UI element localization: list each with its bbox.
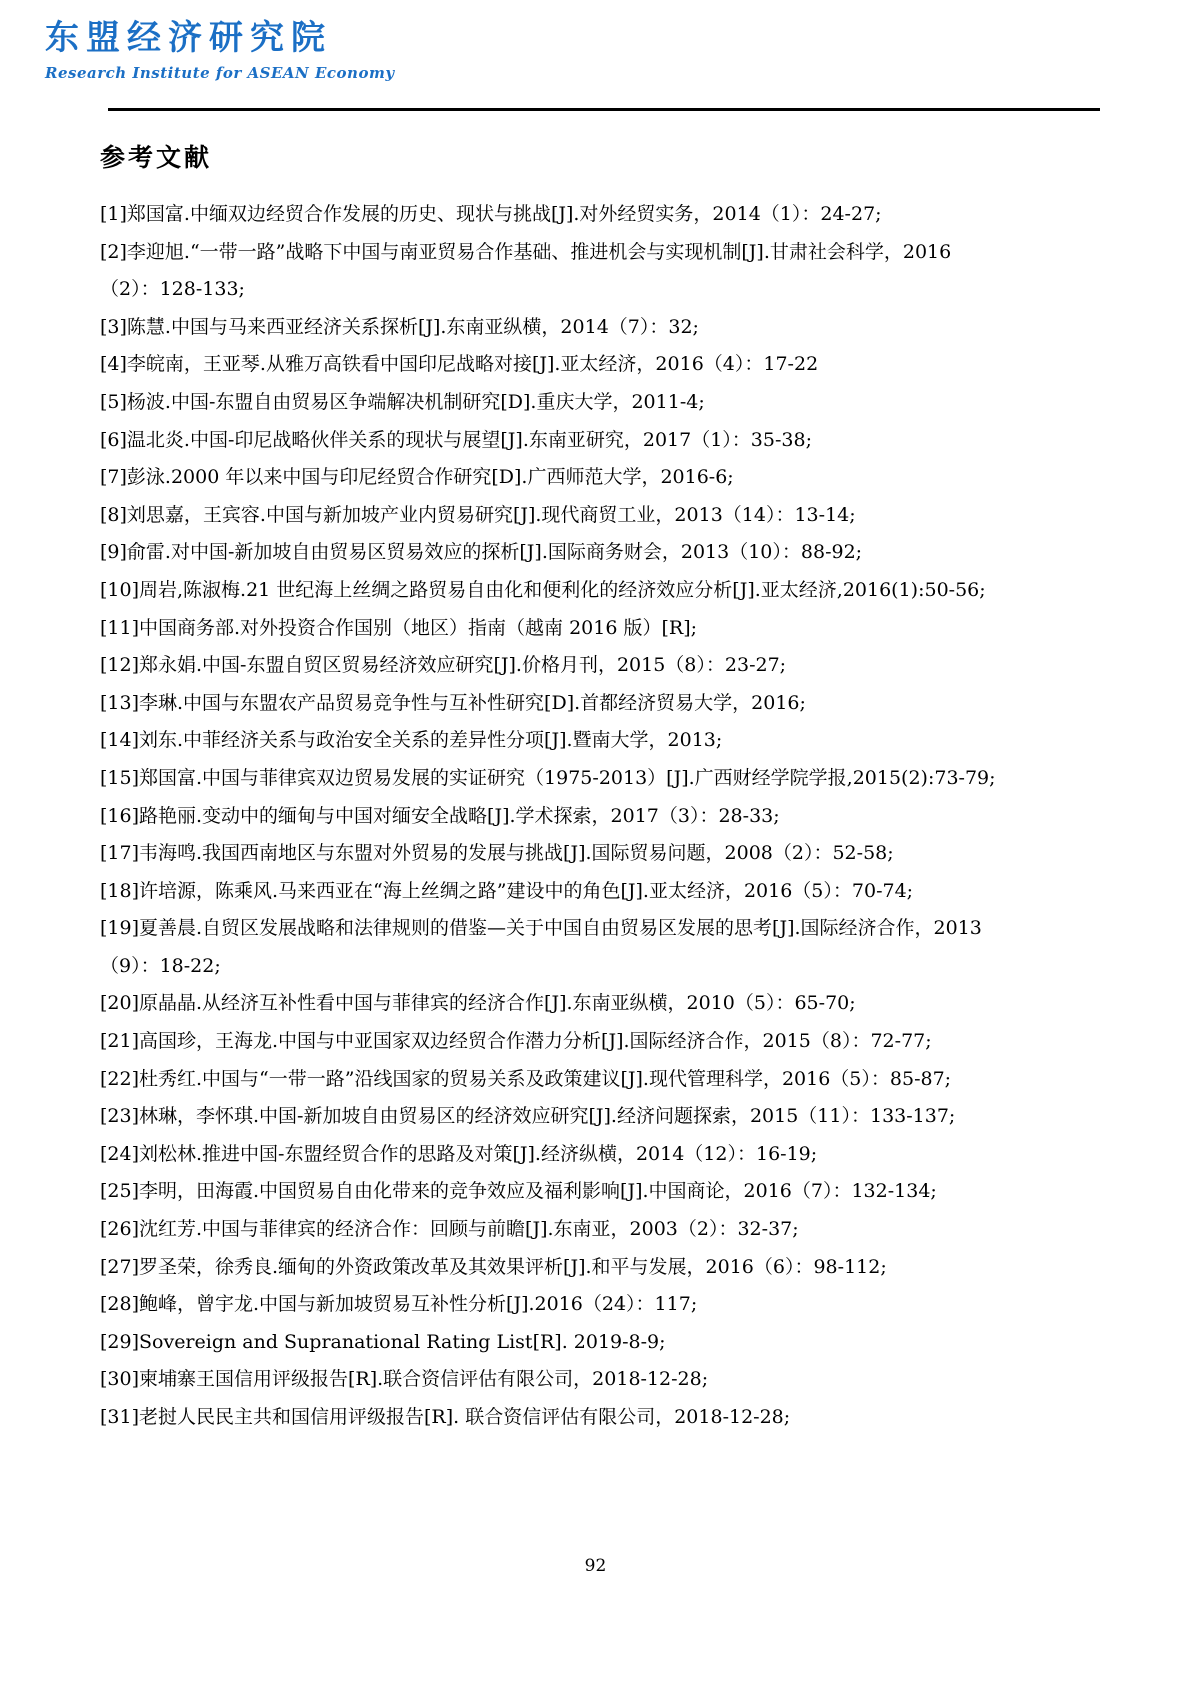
- reference-item: [4]李皖南，王亚琴.从雅万高铁看中国印尼战略对接[J].亚太经济，2016（4…: [100, 346, 1112, 384]
- reference-item: [25]李明，田海霞.中国贸易自由化带来的竞争效应及福利影响[J].中国商论，2…: [100, 1173, 1112, 1211]
- reference-item: [12]郑永娟.中国-东盟自贸区贸易经济效应研究[J].价格月刊，2015（8）…: [100, 647, 1112, 685]
- reference-item: [24]刘松林.推进中国-东盟经贸合作的思路及对策[J].经济纵横，2014（1…: [100, 1136, 1112, 1174]
- reference-item: [17]韦海鸣.我国西南地区与东盟对外贸易的发展与挑战[J].国际贸易问题，20…: [100, 835, 1112, 873]
- reference-item: [6]温北炎.中国-印尼战略伙伴关系的现状与展望[J].东南亚研究，2017（1…: [100, 422, 1112, 460]
- reference-item: [19]夏善晨.自贸区发展战略和法律规则的借鉴—关于中国自由贸易区发展的思考[J…: [100, 910, 1112, 985]
- reference-item: [20]原晶晶.从经济互补性看中国与菲律宾的经济合作[J].东南亚纵横，2010…: [100, 985, 1112, 1023]
- reference-item: [16]路艳丽.变动中的缅甸与中国对缅安全战略[J].学术探索，2017（3）：…: [100, 798, 1112, 836]
- logo-title: 东盟经济研究院: [45, 20, 395, 57]
- references-list: [1]郑国富.中缅双边经贸合作发展的历史、现状与挑战[J].对外经贸实务，201…: [100, 196, 1112, 1437]
- reference-item: [5]杨波.中国-东盟自由贸易区争端解决机制研究[D].重庆大学，2011-4;: [100, 384, 1112, 422]
- reference-item: [29]Sovereign and Supranational Rating L…: [100, 1324, 1112, 1362]
- reference-item: [22]杜秀红.中国与“一带一路”沿线国家的贸易关系及政策建议[J].现代管理科…: [100, 1061, 1112, 1099]
- reference-item: [30]柬埔寨王国信用评级报告[R].联合资信评估有限公司，2018-12-28…: [100, 1361, 1112, 1399]
- reference-item: [31]老挝人民民主共和国信用评级报告[R]. 联合资信评估有限公司，2018-…: [100, 1399, 1112, 1437]
- reference-item: [3]陈慧.中国与马来西亚经济关系探析[J].东南亚纵横，2014（7）：32;: [100, 309, 1112, 347]
- reference-item: [15]郑国富.中国与菲律宾双边贸易发展的实证研究（1975-2013）[J].…: [100, 760, 1112, 798]
- reference-item: [26]沈红芳.中国与菲律宾的经济合作：回顾与前瞻[J].东南亚，2003（2）…: [100, 1211, 1112, 1249]
- reference-item: [8]刘思嘉，王宾容.中国与新加坡产业内贸易研究[J].现代商贸工业，2013（…: [100, 497, 1112, 535]
- document-page: 东盟经济研究院 Research Institute for ASEAN Eco…: [0, 0, 1191, 1684]
- page-title: 参考文献: [100, 138, 212, 174]
- logo-subtitle: Research Institute for ASEAN Economy: [45, 64, 395, 82]
- reference-item: [13]李琳.中国与东盟农产品贸易竞争性与互补性研究[D].首都经济贸易大学，2…: [100, 685, 1112, 723]
- reference-item: [21]高国珍，王海龙.中国与中亚国家双边经贸合作潜力分析[J].国际经济合作，…: [100, 1023, 1112, 1061]
- reference-item: [27]罗圣荣，徐秀良.缅甸的外资政策改革及其效果评析[J].和平与发展，201…: [100, 1249, 1112, 1287]
- page-number: 92: [0, 1556, 1191, 1576]
- reference-item: [18]许培源，陈乘风.马来西亚在“海上丝绸之路”建设中的角色[J].亚太经济，…: [100, 873, 1112, 911]
- reference-item: [23]林琳，李怀琪.中国-新加坡自由贸易区的经济效应研究[J].经济问题探索，…: [100, 1098, 1112, 1136]
- institute-logo: 东盟经济研究院 Research Institute for ASEAN Eco…: [45, 20, 395, 82]
- reference-item: [9]俞雷.对中国-新加坡自由贸易区贸易效应的探析[J].国际商务财会，2013…: [100, 534, 1112, 572]
- reference-item: [2]李迎旭.“一带一路”战略下中国与南亚贸易合作基础、推进机会与实现机制[J]…: [100, 234, 1112, 309]
- reference-item: [1]郑国富.中缅双边经贸合作发展的历史、现状与挑战[J].对外经贸实务，201…: [100, 196, 1112, 234]
- header-divider: [108, 108, 1100, 111]
- reference-item: [14]刘东.中菲经济关系与政治安全关系的差异性分项[J].暨南大学，2013;: [100, 722, 1112, 760]
- reference-item: [11]中国商务部.对外投资合作国别（地区）指南（越南 2016 版）[R];: [100, 610, 1112, 648]
- reference-item: [10]周岩,陈淑梅.21 世纪海上丝绸之路贸易自由化和便利化的经济效应分析[J…: [100, 572, 1112, 610]
- reference-item: [28]鲍峰，曾宇龙.中国与新加坡贸易互补性分析[J].2016（24）：117…: [100, 1286, 1112, 1324]
- reference-item: [7]彭泳.2000 年以来中国与印尼经贸合作研究[D].广西师范大学，2016…: [100, 459, 1112, 497]
